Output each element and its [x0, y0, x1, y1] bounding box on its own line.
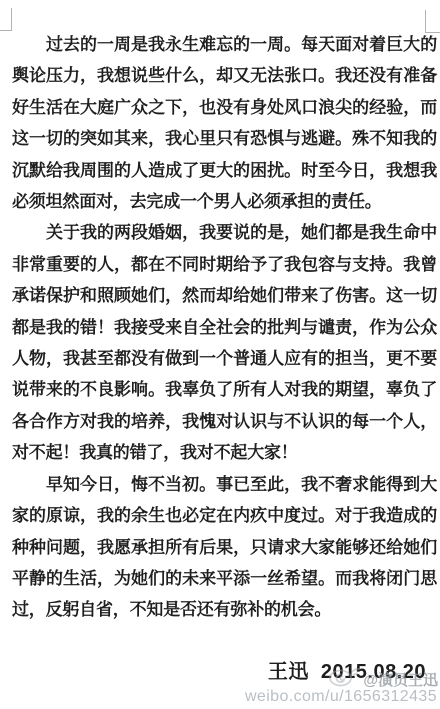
watermark-url: weibo.com/u/1656312435: [245, 688, 437, 706]
text-boundary-mark-top-left: [0, 8, 12, 31]
statement-photo-page: 过去的一周是我永生难忘的一周。每天面对着巨大的舆论压力，我想说些什么，却又无法张…: [0, 0, 440, 709]
statement-paragraph: 过去的一周是我永生难忘的一周。每天面对着巨大的舆论压力，我想说些什么，却又无法张…: [12, 29, 437, 217]
statement-paragraph: 关于我的两段婚姻，我要说的是，她们都是我生命中非常重要的人，都在不同时期给予了我…: [12, 217, 437, 468]
statement-body: 过去的一周是我永生难忘的一周。每天面对着巨大的舆论压力，我想说些什么，却又无法张…: [12, 29, 437, 626]
statement-paragraph: 早知今日，悔不当初。事已至此，我不奢求能得到大家的原谅，我的余生也必定在内疚中度…: [12, 469, 437, 626]
signature-name: 王迅: [268, 661, 309, 683]
watermark-handle: @演员王迅: [363, 669, 438, 690]
